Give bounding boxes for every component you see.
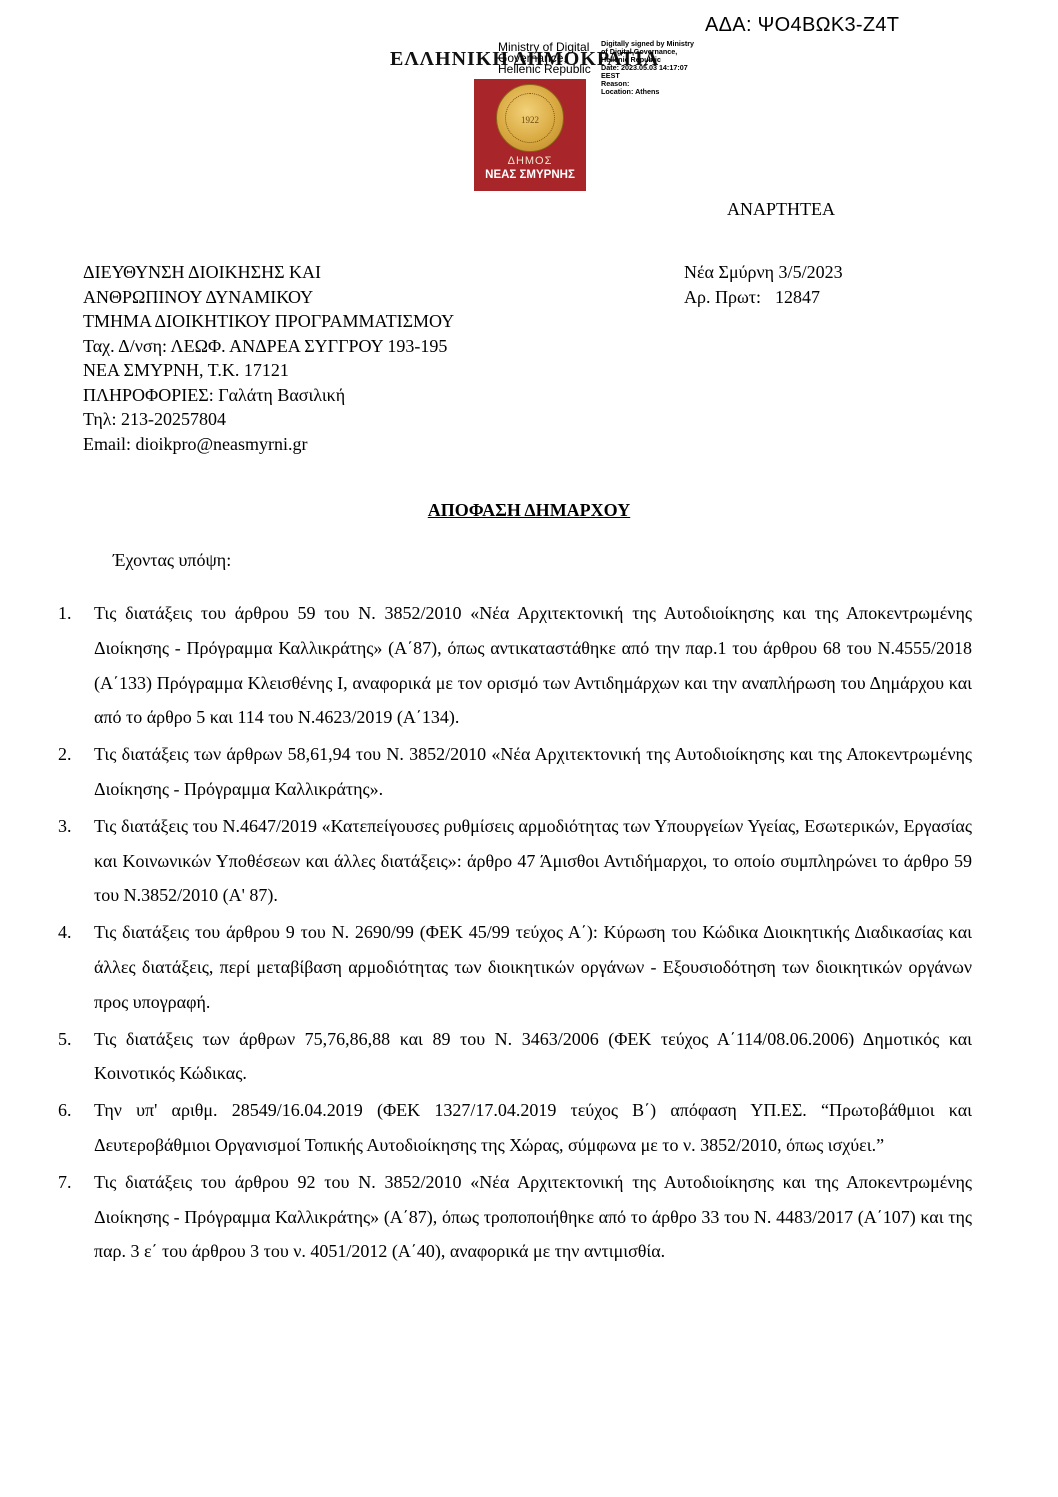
- document-meta: Νέα Σμύρνη 3/5/2023 Αρ. Πρωτ:12847: [684, 260, 843, 309]
- clause-text: Τις διατάξεις των άρθρων 75,76,86,88 και…: [94, 1029, 972, 1084]
- clause-text: Τις διατάξεις του Ν.4647/2019 «Κατεπείγο…: [94, 816, 972, 906]
- digital-signature-signer: Ministry of Digital Governance, Hellenic…: [498, 42, 591, 75]
- clause-text: Τις διατάξεις του άρθρου 9 του Ν. 2690/9…: [94, 922, 972, 1012]
- sender-line: ΑΝΘΡΩΠΙΝΟΥ ΔΥΝΑΜΙΚΟΥ: [83, 285, 454, 310]
- sender-line: Τηλ: 213-20257804: [83, 407, 454, 432]
- list-item: 2.Τις διατάξεις των άρθρων 58,61,94 του …: [58, 737, 972, 807]
- clause-text: Την υπ' αριθμ. 28549/16.04.2019 (ΦΕΚ 132…: [94, 1100, 972, 1155]
- protocol-label: Αρ. Πρωτ:: [684, 287, 761, 307]
- digital-signature-details: Digitally signed by Ministry of Digital …: [601, 40, 721, 96]
- ada-code: ΑΔΑ: ΨΟ4ΒΩΚ3-Ζ4Τ: [705, 14, 899, 37]
- list-item: 1.Τις διατάξεις του άρθρου 59 του Ν. 385…: [58, 596, 972, 735]
- clause-text: Τις διατάξεις του άρθρου 92 του Ν. 3852/…: [94, 1172, 972, 1262]
- considerations-list: 1.Τις διατάξεις του άρθρου 59 του Ν. 385…: [58, 596, 972, 1271]
- place-date: Νέα Σμύρνη 3/5/2023: [684, 260, 843, 285]
- seal-year: 1922: [497, 115, 563, 125]
- logo-line-name: ΝΕΑΣ ΣΜΥΡΝΗΣ: [474, 169, 586, 181]
- sender-line: Ταχ. Δ/νση: ΛΕΩΦ. ΑΝΔΡΕΑ ΣΥΓΓΡΟΥ 193-195: [83, 334, 454, 359]
- sender-email: Email: dioikpro@neasmyrni.gr: [83, 432, 454, 457]
- sender-block: ΔΙΕΥΘΥΝΣΗ ΔΙΟΙΚΗΣΗΣ ΚΑΙ ΑΝΘΡΩΠΙΝΟΥ ΔΥΝΑΜ…: [83, 260, 454, 456]
- clause-text: Τις διατάξεις των άρθρων 58,61,94 του Ν.…: [94, 744, 972, 799]
- list-item: 3.Τις διατάξεις του Ν.4647/2019 «Κατεπεί…: [58, 809, 972, 913]
- list-item: 7.Τις διατάξεις του άρθρου 92 του Ν. 385…: [58, 1165, 972, 1269]
- logo-line-demos: ΔΗΜΟΣ: [474, 155, 586, 167]
- signature-detail-line: Location: Athens: [601, 88, 721, 96]
- list-item: 5.Τις διατάξεις των άρθρων 75,76,86,88 κ…: [58, 1022, 972, 1092]
- document-title: ΑΠΟΦΑΣΗ ΔΗΜΑΡΧΟΥ: [0, 500, 1058, 521]
- signer-line: Hellenic Republic: [498, 64, 591, 75]
- municipality-logo: 1922 ΔΗΜΟΣ ΝΕΑΣ ΣΜΥΡΝΗΣ: [474, 79, 586, 191]
- sender-line: ΠΛΗΡΟΦΟΡΙΕΣ: Γαλάτη Βασιλική: [83, 383, 454, 408]
- sender-line: ΔΙΕΥΘΥΝΣΗ ΔΙΟΙΚΗΣΗΣ ΚΑΙ: [83, 260, 454, 285]
- sender-line: ΤΜΗΜΑ ΔΙΟΙΚΗΤΙΚΟΥ ΠΡΟΓΡΑΜΜΑΤΙΣΜΟΥ: [83, 309, 454, 334]
- protocol-row: Αρ. Πρωτ:12847: [684, 285, 843, 310]
- intro-text: Έχοντας υπόψη:: [113, 550, 231, 571]
- seal-icon: 1922: [496, 84, 564, 152]
- protocol-number: 12847: [775, 287, 820, 307]
- list-item: 6.Την υπ' αριθμ. 28549/16.04.2019 (ΦΕΚ 1…: [58, 1093, 972, 1163]
- list-item: 4.Τις διατάξεις του άρθρου 9 του Ν. 2690…: [58, 915, 972, 1019]
- clause-text: Τις διατάξεις του άρθρου 59 του Ν. 3852/…: [94, 603, 972, 727]
- sender-line: ΝΕΑ ΣΜΥΡΝΗ, Τ.Κ. 17121: [83, 358, 454, 383]
- publish-label: ΑΝΑΡΤΗΤΕΑ: [727, 199, 835, 220]
